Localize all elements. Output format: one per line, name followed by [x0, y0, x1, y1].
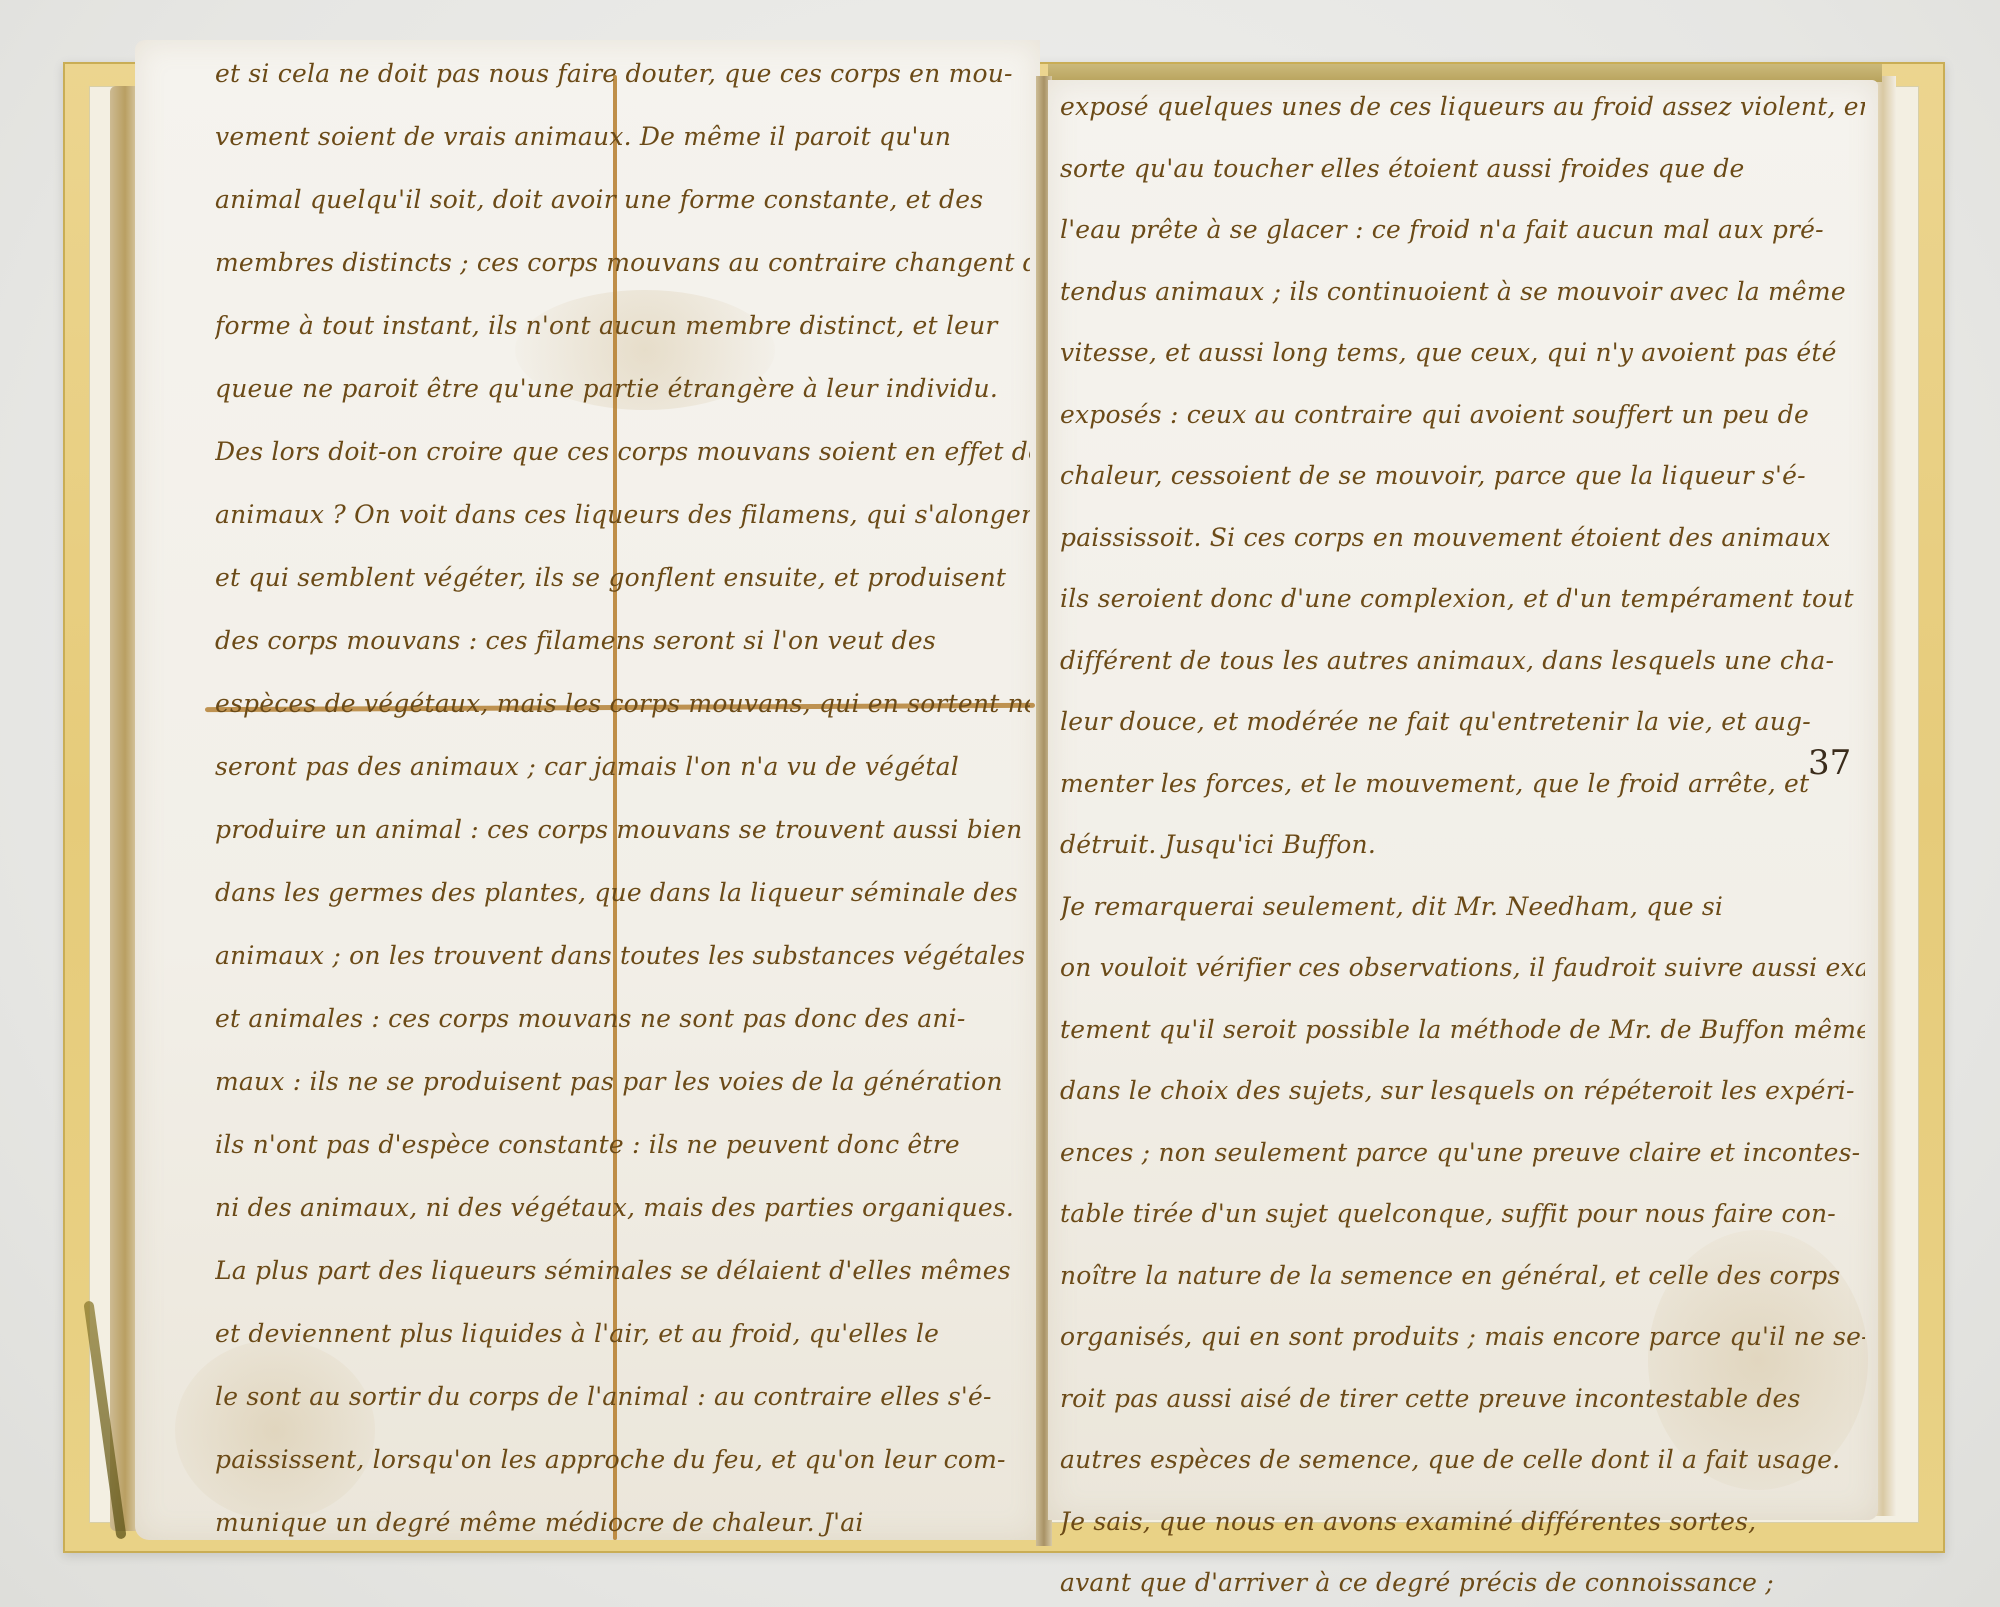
left-page-text: et si cela ne doit pas nous faire douter… [215, 42, 1030, 1554]
page-number: 37 [1808, 743, 1851, 783]
manuscript-line: leur douce, et modérée ne fait qu'entret… [1060, 691, 1865, 753]
manuscript-line: exposé quelques unes de ces liqueurs au … [1060, 76, 1865, 138]
manuscript-line: sorte qu'au toucher elles étoient aussi … [1060, 138, 1865, 200]
manuscript-line: le sont au sortir du corps de l'animal :… [215, 1365, 1030, 1428]
manuscript-line: ils n'ont pas d'espèce constante : ils n… [215, 1113, 1030, 1176]
manuscript-line: dans le choix des sujets, sur lesquels o… [1060, 1060, 1865, 1122]
manuscript-line: espèces de végétaux, mais les corps mouv… [215, 672, 1030, 735]
manuscript-line: queue ne paroit être qu'une partie étran… [215, 357, 1030, 420]
right-page-text: exposé quelques unes de ces liqueurs au … [1060, 76, 1865, 1607]
manuscript-line: détruit. Jusqu'ici Buffon. [1060, 814, 1865, 876]
manuscript-line: et qui semblent végéter, ils se gonflent… [215, 546, 1030, 609]
manuscript-line: avant que d'arriver à ce degré précis de… [1060, 1552, 1865, 1607]
manuscript-line: forme à tout instant, ils n'ont aucun me… [215, 294, 1030, 357]
manuscript-line: autres espèces de semence, que de celle … [1060, 1429, 1865, 1491]
manuscript-line: dans les germes des plantes, que dans la… [215, 861, 1030, 924]
manuscript-line: tendus animaux ; ils continuoient à se m… [1060, 261, 1865, 323]
manuscript-line: ils seroient donc d'une complexion, et d… [1060, 568, 1865, 630]
manuscript-line: Je remarquerai seulement, dit Mr. Needha… [1060, 876, 1865, 938]
manuscript-line: ni des animaux, ni des végétaux, mais de… [215, 1176, 1030, 1239]
manuscript-line: exposés : ceux au contraire qui avoient … [1060, 384, 1865, 446]
manuscript-line: La plus part des liqueurs séminales se d… [215, 1239, 1030, 1302]
manuscript-line: des corps mouvans : ces filamens seront … [215, 609, 1030, 672]
manuscript-line: ences ; non seulement parce qu'une preuv… [1060, 1122, 1865, 1184]
manuscript-line: menter les forces, et le mouvement, que … [1060, 753, 1865, 815]
manuscript-line: animal quelqu'il soit, doit avoir une fo… [215, 168, 1030, 231]
manuscript-line: seront pas des animaux ; car jamais l'on… [215, 735, 1030, 798]
manuscript-line: produire un animal : ces corps mouvans s… [215, 798, 1030, 861]
manuscript-line: organisés, qui en sont produits ; mais e… [1060, 1306, 1865, 1368]
manuscript-line: vement soient de vrais animaux. De même … [215, 105, 1030, 168]
manuscript-line: membres distincts ; ces corps mouvans au… [215, 231, 1030, 294]
photo-scene: et si cela ne doit pas nous faire douter… [0, 0, 2000, 1607]
manuscript-line: roit pas aussi aisé de tirer cette preuv… [1060, 1368, 1865, 1430]
manuscript-line: et deviennent plus liquides à l'air, et … [215, 1302, 1030, 1365]
manuscript-line: maux : ils ne se produisent pas par les … [215, 1050, 1030, 1113]
manuscript-line: et animales : ces corps mouvans ne sont … [215, 987, 1030, 1050]
manuscript-line: vitesse, et aussi long tems, que ceux, q… [1060, 322, 1865, 384]
manuscript-line: animaux ; on les trouvent dans toutes le… [215, 924, 1030, 987]
manuscript-line: tement qu'il seroit possible la méthode … [1060, 999, 1865, 1061]
manuscript-line: table tirée d'un sujet quelconque, suffi… [1060, 1183, 1865, 1245]
manuscript-line: chaleur, cessoient de se mouvoir, parce … [1060, 445, 1865, 507]
manuscript-line: on vouloit vérifier ces observations, il… [1060, 937, 1865, 999]
manuscript-line: différent de tous les autres animaux, da… [1060, 630, 1865, 692]
manuscript-line: Des lors doit-on croire que ces corps mo… [215, 420, 1030, 483]
manuscript-line: munique un degré même médiocre de chaleu… [215, 1491, 1030, 1554]
manuscript-line: paississoit. Si ces corps en mouvement é… [1060, 507, 1865, 569]
manuscript-line: l'eau prête à se glacer : ce froid n'a f… [1060, 199, 1865, 261]
manuscript-line: animaux ? On voit dans ces liqueurs des … [215, 483, 1030, 546]
manuscript-line: noître la nature de la semence en généra… [1060, 1245, 1865, 1307]
manuscript-line: et si cela ne doit pas nous faire douter… [215, 42, 1030, 105]
manuscript-line: paississent, lorsqu'on les approche du f… [215, 1428, 1030, 1491]
manuscript-line: Je sais, que nous en avons examiné diffé… [1060, 1491, 1865, 1553]
